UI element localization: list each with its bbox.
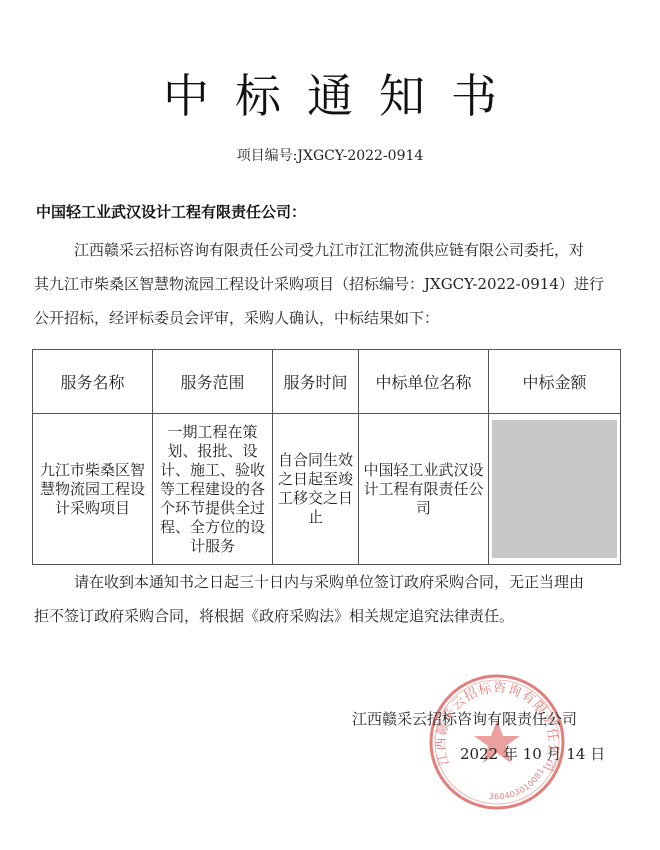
cell-service-name: 九江市柴桑区智慧物流园工程设计采购项目: [33, 414, 153, 565]
intro-line: 江西赣采云招标咨询有限责任公司受九江市江汇物流供应链有限公司委托，对: [34, 233, 626, 267]
header-service-scope: 服务范围: [153, 350, 273, 414]
result-table: 服务名称 服务范围 服务时间 中标单位名称 中标金额 九江市柴桑区智慧物流园工程…: [32, 349, 621, 565]
project-number-label: 项目编号:: [237, 148, 298, 164]
project-number: JXGCY-2022-0914: [297, 148, 423, 164]
cell-service-time: 自合同生效之日起至竣工移交之日止: [273, 414, 359, 565]
document-title: 中标通知书: [0, 68, 660, 124]
header-winning-bidder: 中标单位名称: [359, 350, 489, 414]
intro-line: 公开招标，经评标委员会评审，采购人确认，中标结果如下：: [34, 301, 626, 335]
project-number-line: 项目编号:JXGCY-2022-0914: [0, 146, 660, 166]
header-bid-amount: 中标金额: [489, 350, 621, 414]
intro-paragraph: 江西赣采云招标咨询有限责任公司受九江市江汇物流供应链有限公司委托，对 其九江市柴…: [34, 233, 626, 335]
official-seal-icon: 江西赣采云招标咨询有限责任公司 3604030100819: [427, 672, 567, 812]
table-header-row: 服务名称 服务范围 服务时间 中标单位名称 中标金额: [33, 350, 621, 414]
issuer-signature: 江西赣采云招标咨询有限责任公司: [352, 708, 577, 730]
header-service-name: 服务名称: [33, 350, 153, 414]
closing-paragraph: 请在收到本通知书之日起三十日内与采购单位签订政府采购合同，无正当理由 拒不签订政…: [34, 565, 626, 633]
intro-line: 其九江市柴桑区智慧物流园工程设计采购项目（招标编号：JXGCY-2022-091…: [34, 267, 626, 301]
cell-winning-bidder: 中国轻工业武汉设计工程有限责任公司: [359, 414, 489, 565]
header-service-time: 服务时间: [273, 350, 359, 414]
closing-line: 拒不签订政府采购合同，将根据《政府采购法》相关规定追究法律责任。: [34, 599, 626, 633]
stamp-code: 3604030100819: [427, 672, 546, 801]
cell-bid-amount: [489, 414, 621, 565]
notice-page: 中标通知书 项目编号:JXGCY-2022-0914 中国轻工业武汉设计工程有限…: [0, 0, 660, 850]
closing-line: 请在收到本通知书之日起三十日内与采购单位签订政府采购合同，无正当理由: [34, 565, 626, 599]
table-row: 九江市柴桑区智慧物流园工程设计采购项目 一期工程在策划、报批、设计、施工、验收等…: [33, 414, 621, 565]
cell-service-scope: 一期工程在策划、报批、设计、施工、验收等工程建设的各个环节提供全过程、全方位的设…: [153, 414, 273, 565]
svg-text:3604030100819: 3604030100819: [427, 672, 546, 801]
redacted-amount-block: [492, 420, 617, 558]
recipient: 中国轻工业武汉设计工程有限责任公司：: [36, 201, 306, 223]
issue-date: 2022 年 10 月 14 日: [460, 743, 605, 765]
